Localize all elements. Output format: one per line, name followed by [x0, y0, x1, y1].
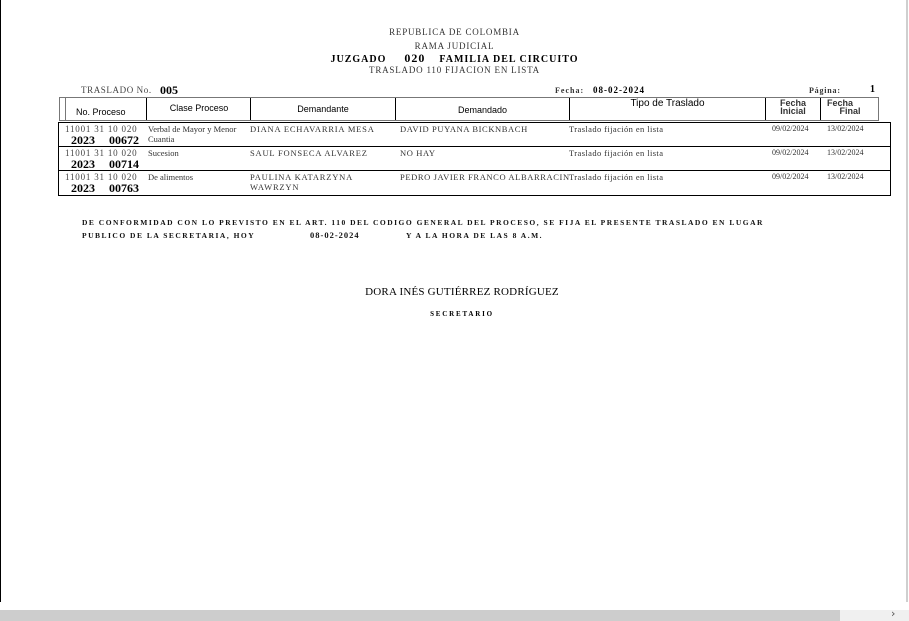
column-header-demandante: Demandante [250, 98, 395, 120]
clase-proceso: Sucesion [148, 148, 248, 158]
column-header-fecha-final: FechaFinal [820, 98, 879, 120]
proceso-number: 202300672 [71, 133, 139, 148]
fecha-inicial: 09/02/2024 [772, 148, 808, 157]
header-juzgado: JUZGADO020FAMILIA DEL CIRCUITO [0, 51, 909, 66]
clase-proceso: De alimentos [148, 172, 248, 182]
horizontal-scrollbar[interactable]: › [0, 610, 909, 621]
column-header-tipo-traslado: Tipo de Traslado [569, 98, 765, 120]
fecha-label: Fecha: [555, 86, 584, 95]
conformidad-text-line1: DE CONFORMIDAD CON LO PREVISTO EN EL ART… [82, 218, 764, 227]
tipo-traslado: Traslado fijación en lista [569, 124, 663, 134]
table-row: 11001 31 10 020 202300714 Sucesion SAUL … [59, 147, 890, 171]
header-republica: REPUBLICA DE COLOMBIA [0, 27, 909, 37]
conformidad-hour: Y A LA HORA DE LAS 8 A.M. [406, 231, 543, 240]
pagina-value: 1 [870, 84, 875, 95]
header-traslado-title: TRASLADO 110 FIJACION EN LISTA [0, 65, 909, 75]
chevron-right-icon[interactable]: › [891, 607, 895, 620]
tipo-traslado: Traslado fijación en lista [569, 148, 663, 158]
table-row: 11001 31 10 020 202300672 Verbal de Mayo… [59, 123, 890, 147]
traslado-table-body: 11001 31 10 020 202300672 Verbal de Mayo… [58, 122, 891, 196]
signature-name: DORA INÉS GUTIÉRREZ RODRÍGUEZ [0, 286, 909, 298]
demandante: SAUL FONSECA ALVAREZ [250, 148, 390, 158]
pagina-label: Página: [809, 86, 841, 95]
conformidad-text-line2: PUBLICO DE LA SECRETARIA, HOY [82, 231, 255, 240]
demandado: NO HAY [400, 148, 436, 158]
fecha-inicial: 09/02/2024 [772, 172, 808, 181]
signature-role: SECRETARIO [0, 310, 909, 318]
proceso-number: 202300763 [71, 181, 139, 196]
column-header-fecha-inicial: FechaInicial [765, 98, 820, 120]
traslado-number-value: 005 [160, 83, 178, 98]
tipo-traslado: Traslado fijación en lista [569, 172, 663, 182]
page-right-divider [906, 0, 908, 602]
demandante: DIANA ECHAVARRIA MESA [250, 124, 390, 134]
demandado: DAVID PUYANA BICKNBACH [400, 124, 528, 134]
demandante: PAULINA KATARZYNA WAWRZYN [250, 172, 390, 192]
scrollbar-thumb[interactable] [0, 610, 840, 621]
proceso-number: 202300714 [71, 157, 139, 172]
fecha-final: 13/02/2024 [827, 124, 863, 133]
fecha-final: 13/02/2024 [827, 172, 863, 181]
fecha-final: 13/02/2024 [827, 148, 863, 157]
header-rama-judicial: RAMA JUDICIAL [0, 41, 909, 51]
demandado: PEDRO JAVIER FRANCO ALBARRACIN [400, 172, 570, 182]
fecha-value: 08-02-2024 [593, 85, 645, 95]
column-header-demandado: Demandado [395, 98, 569, 120]
conformidad-date: 08-02-2024 [310, 230, 360, 240]
juzgado-type: FAMILIA DEL CIRCUITO [439, 54, 578, 65]
table-row: 11001 31 10 020 202300763 De alimentos P… [59, 171, 890, 195]
traslado-number-label: TRASLADO No. [81, 85, 152, 95]
juzgado-number: 020 [404, 51, 425, 65]
page-left-border [0, 0, 1, 602]
fecha-inicial: 09/02/2024 [772, 124, 808, 133]
table-header: No. Proceso Clase Proceso Demandante Dem… [59, 97, 879, 121]
clase-proceso: Verbal de Mayor y Menor Cuantia [148, 124, 248, 144]
column-header-clase-proceso: Clase Proceso [146, 98, 251, 120]
juzgado-label: JUZGADO [330, 54, 386, 65]
